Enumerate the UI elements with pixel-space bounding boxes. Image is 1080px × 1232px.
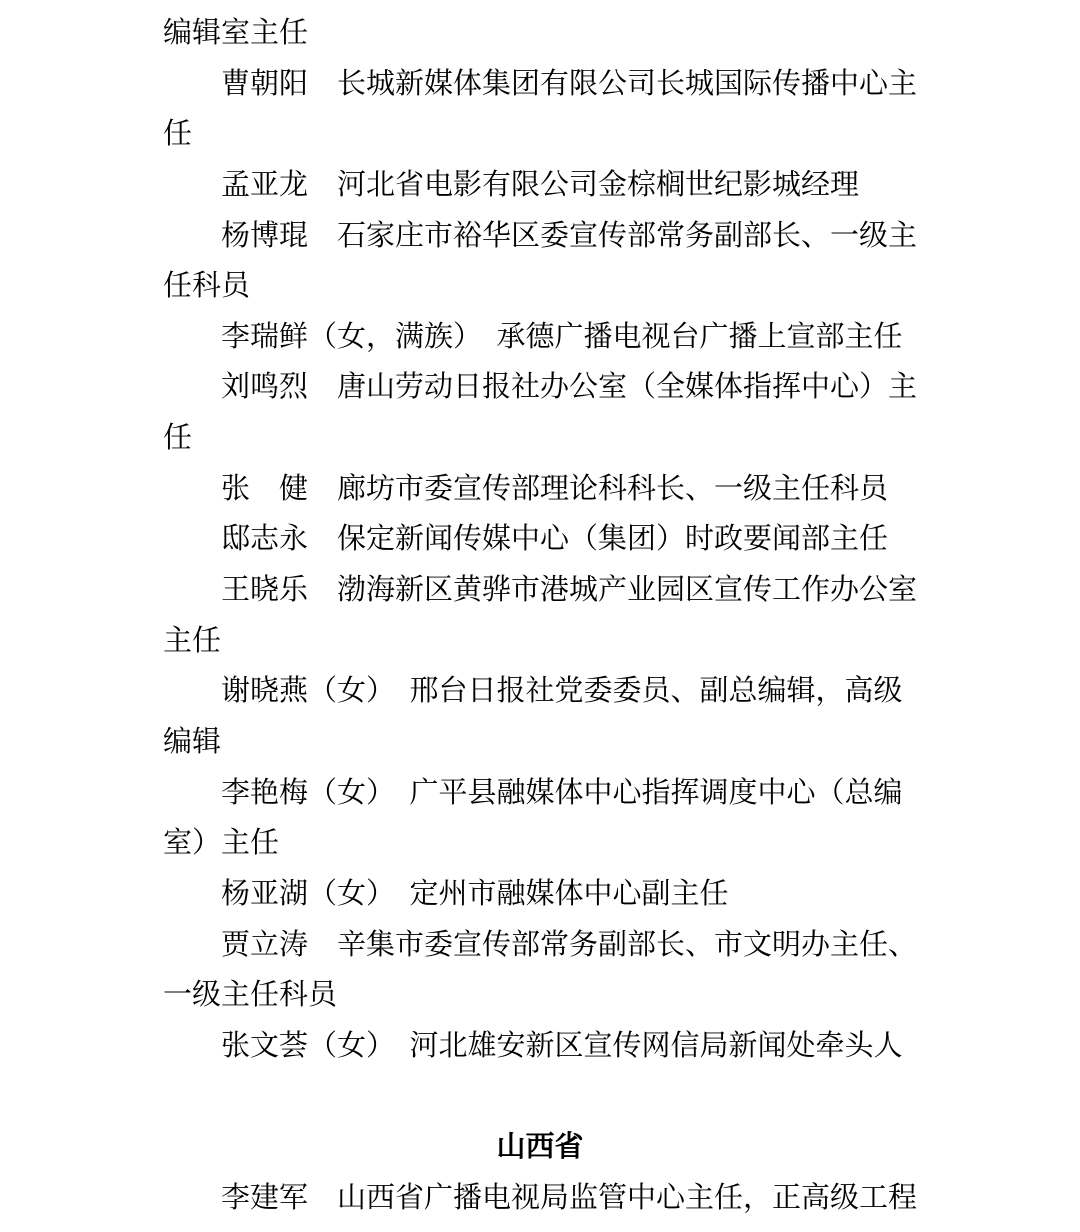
text-line: 李瑞鲜（女，满族） 承德广播电视台广播上宣部主任 [0,312,1080,363]
text-line: 孟亚龙 河北省电影有限公司金棕榈世纪影城经理 [0,160,1080,211]
text-line: 张文荟（女） 河北雄安新区宣传网信局新闻处牵头人 [0,1021,1080,1072]
text-line: 编辑 [0,717,1080,768]
text-line: 刘鸣烈 唐山劳动日报社办公室（全媒体指挥中心）主 [0,362,1080,413]
text-line: 一级主任科员 [0,970,1080,1021]
document-page: 编辑室主任曹朝阳 长城新媒体集团有限公司长城国际传播中心主任孟亚龙 河北省电影有… [0,0,1080,1232]
text-line: 杨亚湖（女） 定州市融媒体中心副主任 [0,869,1080,920]
text-line: 李建军 山西省广播电视局监管中心主任，正高级工程 [0,1173,1080,1224]
text-line: 邸志永 保定新闻传媒中心（集团）时政要闻部主任 [0,514,1080,565]
text-line: 贾立涛 辛集市委宣传部常务副部长、市文明办主任、 [0,920,1080,971]
award-list-text-block: 编辑室主任曹朝阳 长城新媒体集团有限公司长城国际传播中心主任孟亚龙 河北省电影有… [0,0,1080,1223]
text-line: 谢晓燕（女） 邢台日报社党委委员、副总编辑，高级 [0,666,1080,717]
text-line: 曹朝阳 长城新媒体集团有限公司长城国际传播中心主 [0,59,1080,110]
text-line: 杨博琨 石家庄市裕华区委宣传部常务副部长、一级主 [0,211,1080,262]
blank-line [0,1071,1080,1122]
text-line: 李艳梅（女） 广平县融媒体中心指挥调度中心（总编 [0,768,1080,819]
text-line: 张 健 廊坊市委宣传部理论科科长、一级主任科员 [0,464,1080,515]
text-line: 王晓乐 渤海新区黄骅市港城产业园区宣传工作办公室 [0,565,1080,616]
text-line: 任科员 [0,261,1080,312]
text-line: 主任 [0,616,1080,667]
section-heading: 山西省 [0,1122,1080,1173]
text-line: 室）主任 [0,818,1080,869]
text-line: 编辑室主任 [0,8,1080,59]
text-line: 任 [0,413,1080,464]
text-line: 任 [0,109,1080,160]
